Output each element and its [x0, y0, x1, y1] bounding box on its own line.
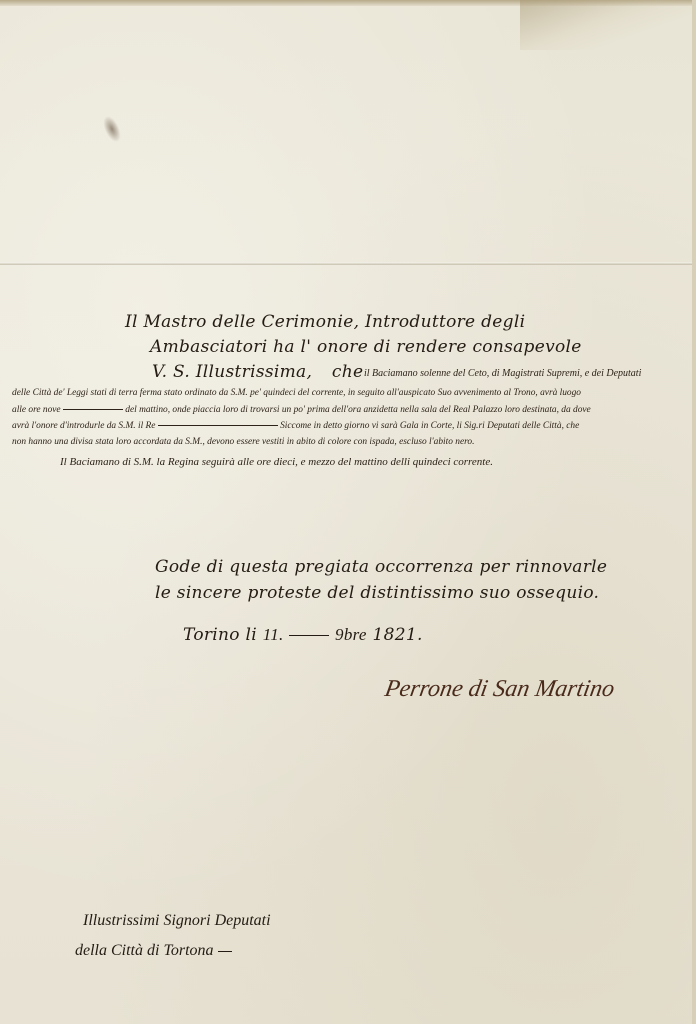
handwritten-line-5: non hanno una divisa stata loro accordat…: [12, 437, 474, 447]
paper-fold-line: [0, 262, 692, 265]
blank-line: [63, 409, 123, 410]
handwritten-line-3-end: del mattino, onde piaccia loro di trovar…: [125, 405, 590, 415]
handwritten-line-4-start: avrà l'onore d'introdurle da S.M. il Re: [12, 421, 155, 431]
date-line: Torino li 11. 9bre 1821.: [183, 625, 423, 645]
paper-corner-shadow: [520, 0, 692, 50]
handwritten-line-3: alle ore nove del mattino, onde piaccia …: [12, 405, 591, 415]
signature: Perrone di San Martino: [383, 676, 617, 703]
handwritten-line-2: delle Città de' Leggi stati di terra fer…: [12, 388, 581, 398]
printed-header-line-1: Il Mastro delle Cerimonie, Introduttore …: [125, 312, 525, 332]
addressee-city: della Città di Tortona: [75, 942, 214, 959]
date-place: Torino li: [183, 625, 257, 645]
handwritten-line-4-end: Siccome in detto giorno vi sarà Gala in …: [280, 421, 579, 431]
printed-header-line-3: V. S. Illustrissima, che: [152, 362, 363, 382]
date-month: 9bre: [335, 625, 367, 644]
blank-line: [158, 425, 278, 426]
addressee-line-1: Illustrissimi Signori Deputati: [83, 912, 271, 930]
printed-header-line-2: Ambasciatori ha l' onore di rendere cons…: [150, 337, 582, 357]
handwritten-line-1: il Baciamano solenne del Ceto, di Magist…: [364, 368, 641, 379]
ink-stain: [100, 113, 125, 144]
addressee-flourish: [218, 951, 232, 952]
handwritten-line-6: Il Baciamano di S.M. la Regina seguirà a…: [60, 456, 493, 468]
document-page: Il Mastro delle Cerimonie, Introduttore …: [0, 0, 696, 1024]
hour-insert: alle ore nove: [12, 405, 61, 415]
date-year: 1821.: [372, 625, 422, 645]
printed-che: che: [332, 362, 363, 382]
addressee-line-2: della Città di Tortona: [75, 942, 232, 960]
printed-addressee-title: V. S. Illustrissima,: [152, 362, 312, 382]
printed-closing-line-1: Gode di questa pregiata occorrenza per r…: [155, 557, 607, 577]
date-day: 11.: [263, 625, 284, 644]
printed-closing-line-2: le sincere proteste del distintissimo su…: [155, 583, 599, 603]
date-dash: [289, 635, 329, 636]
handwritten-line-4: avrà l'onore d'introdurle da S.M. il Re …: [12, 421, 579, 431]
